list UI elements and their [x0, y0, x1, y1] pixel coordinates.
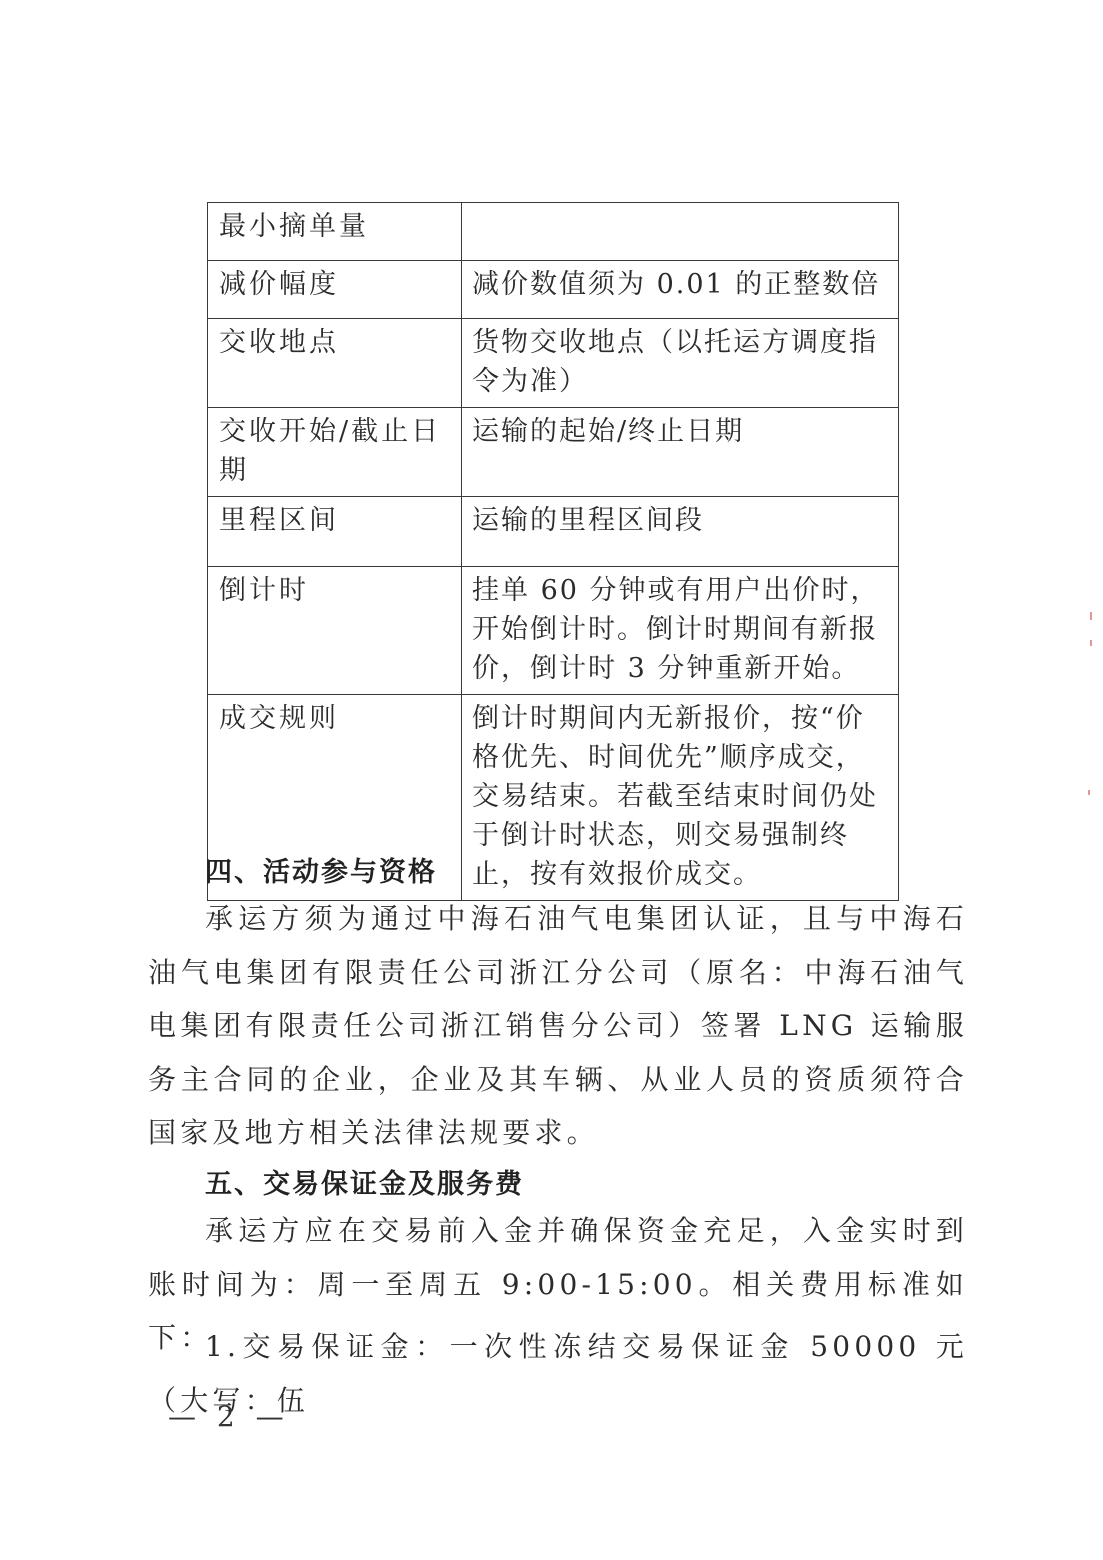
row-value: 减价数值须为 0.01 的正整数倍 — [462, 261, 899, 319]
row-label: 交收地点 — [208, 319, 462, 408]
row-label: 减价幅度 — [208, 261, 462, 319]
trading-rules-table: 最小摘单量 减价幅度 减价数值须为 0.01 的正整数倍 交收地点 货物交收地点… — [207, 202, 899, 901]
row-label: 里程区间 — [208, 497, 462, 567]
row-value: 倒计时期间内无新报价，按“价格优先、时间优先”顺序成交，交易结束。若截至结束时间… — [462, 695, 899, 901]
section-4-paragraph: 承运方须为通过中海石油气电集团认证，且与中海石油气电集团有限责任公司浙江分公司（… — [148, 892, 968, 1160]
table-row: 减价幅度 减价数值须为 0.01 的正整数倍 — [208, 261, 899, 319]
document-page: 最小摘单量 减价幅度 减价数值须为 0.01 的正整数倍 交收地点 货物交收地点… — [0, 0, 1103, 1560]
table-row: 最小摘单量 — [208, 203, 899, 261]
row-value: 运输的里程区间段 — [462, 497, 899, 567]
table-row: 交收开始/截止日期 运输的起始/终止日期 — [208, 408, 899, 497]
section-4-heading: 四、活动参与资格 — [205, 850, 437, 889]
scan-artifact — [1088, 790, 1090, 795]
row-value: 运输的起始/终止日期 — [462, 408, 899, 497]
table-row: 里程区间 运输的里程区间段 — [208, 497, 899, 567]
scan-artifact — [1090, 612, 1092, 620]
table-row: 交收地点 货物交收地点（以托运方调度指令为准） — [208, 319, 899, 408]
row-value: 货物交收地点（以托运方调度指令为准） — [462, 319, 899, 408]
scan-artifact — [1090, 640, 1092, 646]
table-row: 倒计时 挂单 60 分钟或有用户出价时，开始倒计时。倒计时期间有新报价，倒计时 … — [208, 567, 899, 695]
row-value: 挂单 60 分钟或有用户出价时，开始倒计时。倒计时期间有新报价，倒计时 3 分钟… — [462, 567, 899, 695]
row-label: 倒计时 — [208, 567, 462, 695]
page-number: — 2 — — [168, 1400, 290, 1433]
row-value — [462, 203, 899, 261]
row-label: 交收开始/截止日期 — [208, 408, 462, 497]
section-5-heading: 五、交易保证金及服务费 — [205, 1162, 524, 1201]
row-label: 最小摘单量 — [208, 203, 462, 261]
